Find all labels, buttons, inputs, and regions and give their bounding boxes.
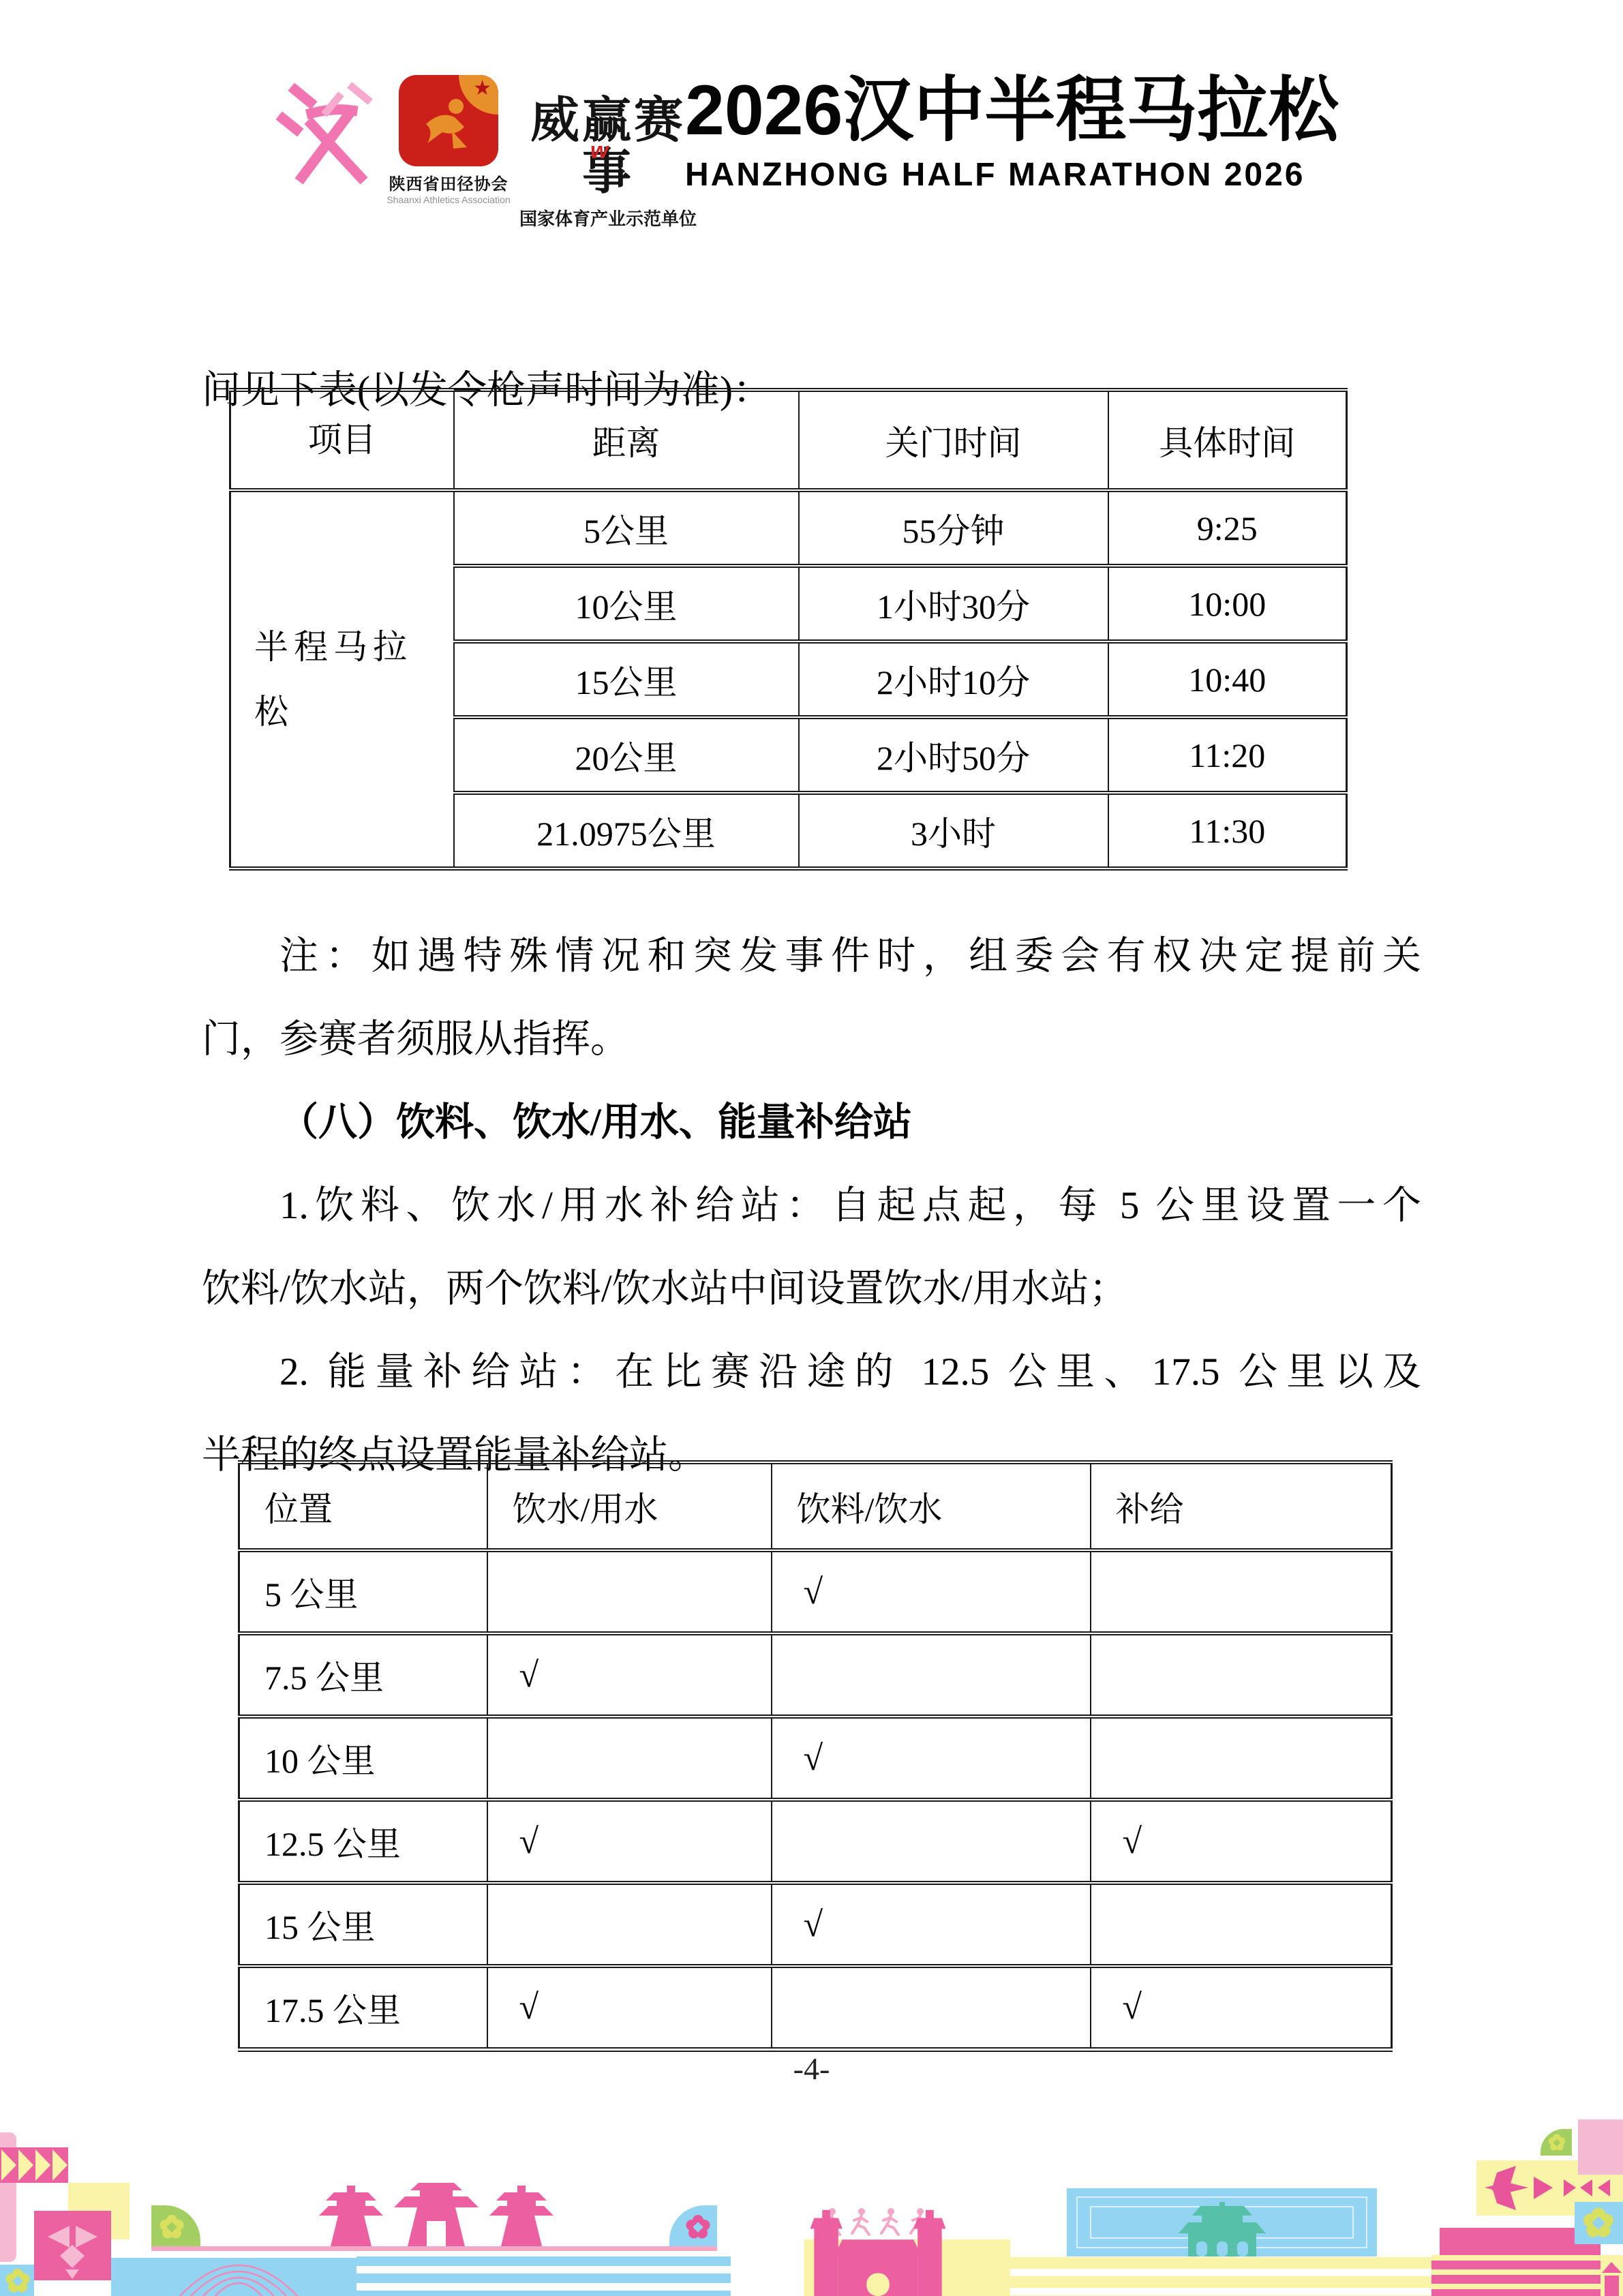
checkmark-cell: [487, 1717, 772, 1800]
document-body: 间见下表(以发令枪声时间为准)： 项目 距离 关门时间 具体时间 半程马拉松 5…: [202, 310, 1421, 2055]
pink-gate-icon: [806, 2202, 950, 2296]
green-arch-shape: [1541, 2129, 1572, 2156]
checkmark-cell: √: [772, 1883, 1091, 1966]
checkmark-cell: [772, 1966, 1091, 2049]
col-header-supply: 补给: [1091, 1462, 1392, 1550]
checkmark-cell: [1091, 1717, 1392, 1800]
checkmark-cell: [487, 1883, 772, 1966]
event-title-block: 2026汉中半程马拉松 HANZHONG HALF MARATHON 2026: [685, 68, 1387, 194]
checkmark-cell: √: [487, 1966, 772, 2049]
table-row: 半程马拉松 5公里 55分钟 9:25: [230, 490, 1347, 566]
athletics-association-badge-icon: ★: [399, 75, 498, 166]
document-page: ★ 陕西省田径协会 Shaanxi Athletics Association …: [0, 0, 1623, 2296]
event-title-cn: 2026汉中半程马拉松: [685, 68, 1387, 153]
chevron-pattern-icon: [0, 2147, 68, 2183]
athletics-association-logo: ★ 陕西省田径协会 Shaanxi Athletics Association: [374, 75, 524, 205]
checkmark-cell: [772, 1800, 1091, 1883]
yellow-stripes: [1010, 2257, 1443, 2296]
col-header-distance: 距离: [454, 390, 799, 490]
paragraph-2-line-1: 2. 能量补给站：在比赛沿途的 12.5 公里、17.5 公里以及: [202, 1331, 1421, 1414]
col-header-cutoff: 关门时间: [799, 390, 1108, 490]
section-heading: （八）饮料、饮水/用水、能量补给站: [202, 1081, 1421, 1164]
col-header-location: 位置: [239, 1462, 487, 1550]
flower-icon: [1547, 2133, 1566, 2152]
col-header-time: 具体时间: [1108, 390, 1347, 490]
pink-stripes: [1431, 2255, 1601, 2296]
teal-pavilion-icon: [1147, 2202, 1297, 2256]
paragraph-1-line-2: 饮料/饮水站，两个饮料/饮水站中间设置饮水/用水站；: [202, 1248, 1421, 1331]
checkmark-cell: [487, 1550, 772, 1633]
station-table: 位置 饮水/用水 饮料/饮水 补给 5 公里 √ 7.5 公里 √: [238, 1460, 1393, 2052]
ground-line: [151, 2246, 717, 2251]
checkmark-cell: [772, 1633, 1091, 1717]
light-pink-block: [1578, 2119, 1623, 2175]
association-name-en: Shaanxi Athletics Association: [374, 194, 524, 205]
table-row: 17.5 公里 √ √: [239, 1966, 1392, 2049]
pink-motif-block: [34, 2211, 111, 2280]
w-mark-icon: w: [590, 138, 608, 164]
blue-arch-shape: [669, 2205, 717, 2246]
checkmark-cell: [1091, 1633, 1392, 1717]
checkmark-cell: √: [772, 1550, 1091, 1633]
footer-decoration: [0, 2113, 1623, 2296]
flower-icon: [684, 2214, 712, 2241]
table-row: 7.5 公里 √: [239, 1633, 1392, 1717]
blue-panel: [1067, 2188, 1377, 2256]
city-gate-towers-icon: [293, 2181, 573, 2246]
table-row: 12.5 公里 √ √: [239, 1800, 1392, 1883]
note-line-2: 门，参赛者须服从指挥。: [202, 998, 1421, 1081]
roof-tip-icon: [1601, 2255, 1623, 2296]
flower-icon: [4, 2267, 31, 2295]
organizer-logo: 威赢赛事 w 国家体育产业示范单位: [519, 95, 697, 230]
page-header: ★ 陕西省田径协会 Shaanxi Athletics Association …: [0, 0, 1623, 232]
checkmark-cell: √: [1091, 1966, 1392, 2049]
checkmark-cell: [1091, 1883, 1392, 1966]
dome-sketch-icon: [170, 2258, 307, 2296]
blue-block-dome: [111, 2258, 357, 2296]
association-name-cn: 陕西省田径协会: [374, 170, 524, 194]
table-header-row: 位置 饮水/用水 饮料/饮水 补给: [239, 1462, 1392, 1550]
flower-icon: [158, 2214, 185, 2241]
hanzhong-han-logo-icon: [276, 76, 378, 185]
col-header-drink: 饮料/饮水: [772, 1462, 1091, 1550]
table-header-row: 项目 距离 关门时间 具体时间: [230, 390, 1347, 490]
green-arch-shape: [151, 2205, 200, 2246]
col-header-event: 项目: [230, 390, 454, 490]
event-name-cell: 半程马拉松: [230, 490, 454, 868]
blue-stripes: [357, 2256, 731, 2296]
event-title-en: HANZHONG HALF MARATHON 2026: [685, 156, 1387, 194]
cutoff-time-table: 项目 距离 关门时间 具体时间 半程马拉松 5公里 55分钟 9:25 10公里…: [229, 388, 1348, 871]
table-row: 10 公里 √: [239, 1717, 1392, 1800]
table-row: 15 公里 √: [239, 1883, 1392, 1966]
blue-square-shape: [0, 2265, 34, 2296]
organizer-caption: 国家体育产业示范单位: [519, 205, 697, 230]
table-row: 5 公里 √: [239, 1550, 1392, 1633]
checkmark-cell: √: [487, 1633, 772, 1717]
flower-icon: [1581, 2206, 1616, 2240]
blue-square-shape: [1575, 2202, 1623, 2244]
checkmark-cell: √: [1091, 1800, 1392, 1883]
yellow-corner-block: [1601, 2255, 1623, 2296]
checkmark-cell: √: [772, 1717, 1091, 1800]
paragraph-1-line-1: 1.饮料、饮水/用水补给站：自起点起，每 5 公里设置一个: [202, 1164, 1421, 1248]
col-header-water: 饮水/用水: [487, 1462, 772, 1550]
checkmark-cell: √: [487, 1800, 772, 1883]
note-line-1: 注：如遇特殊情况和突发事件时，组委会有权决定提前关: [202, 915, 1421, 998]
page-number: -4-: [0, 2051, 1623, 2087]
runner-icon: [410, 93, 486, 161]
bird-motif-icon: [34, 2211, 111, 2280]
checkmark-cell: [1091, 1550, 1392, 1633]
